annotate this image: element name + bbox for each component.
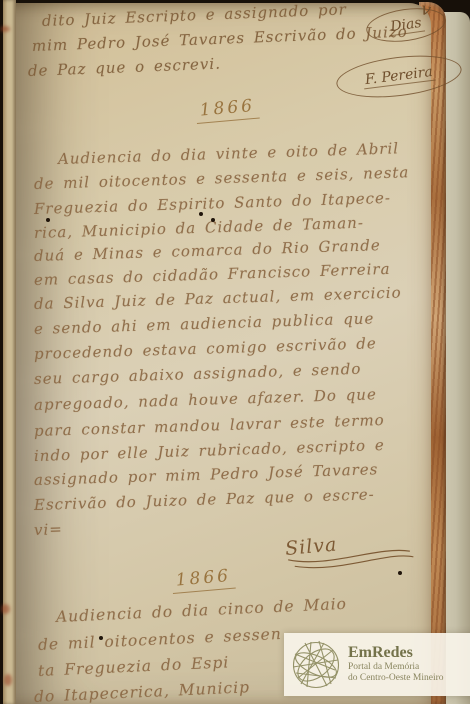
manuscript-line: apregoado, nada houve afazer. Do que	[34, 387, 377, 413]
manuscript-line: procedendo estava comigo escrivão de	[34, 336, 377, 362]
manuscript-line: duá e Minas e comarca do Rio Grande	[34, 238, 381, 264]
signature-name: Silva	[284, 534, 338, 560]
rubric-label: F. Pereira	[362, 64, 436, 90]
page-stain	[0, 26, 10, 32]
manuscript-line: de Paz que o escrevi.	[28, 57, 221, 79]
year-heading: 1866	[171, 566, 236, 594]
emredes-watermark: EmRedes Portal da Memória do Centro-Oest…	[284, 633, 470, 696]
year-heading: 1866	[195, 96, 260, 124]
ink-speck	[199, 212, 203, 216]
manuscript-line: assignado por mim Pedro José Tavares	[34, 462, 379, 488]
manuscript-line: Freguezia do Espirito Santo do Itapece-	[34, 191, 391, 217]
manuscript-line: vi=	[34, 522, 63, 538]
watermark-text: EmRedes Portal da Memória do Centro-Oest…	[348, 644, 444, 685]
manuscript-line: ta Freguezia do Espi	[38, 655, 230, 679]
ink-speck	[398, 571, 402, 575]
page-stain	[1, 604, 10, 614]
watermark-brand: EmRedes	[348, 644, 444, 662]
manuscript-line: Audiencia do dia vinte e oito de Abril	[58, 141, 400, 167]
manuscript-line: em casas do cidadão Francisco Ferreira	[34, 262, 391, 288]
manuscript-line: seu cargo abaixo assignado, e sendo	[34, 362, 362, 387]
manuscript-line: mim Pedro José Tavares Escrivão do Juizo	[32, 25, 408, 54]
handwritten-text-layer: dito Juiz Escripto e assignado por mim P…	[0, 0, 470, 704]
manuscript-line: e sendo ahi em audiencia publica que	[34, 311, 375, 337]
ink-speck	[46, 218, 50, 222]
rubric-signature-pereira: F. Pereira	[334, 49, 464, 103]
manuscript-line: para constar mandou lavrar este termo	[34, 413, 385, 439]
rubric-label: Dias	[387, 14, 424, 36]
page-stain	[4, 674, 12, 686]
manuscript-line: dito Juiz Escripto e assignado por	[42, 2, 347, 29]
manuscript-line: da Silva Juiz de Paz actual, em exercici…	[34, 285, 402, 312]
watermark-subtitle: Portal da Memória	[348, 662, 444, 674]
watermark-subtitle: do Centro-Oeste Mineiro	[348, 673, 444, 685]
ink-speck	[211, 218, 215, 222]
signature-silva: Silva	[284, 527, 417, 578]
manuscript-line: Escrivão do Juizo de Paz que o escre-	[34, 487, 375, 513]
manuscript-line: indo por elle Juiz rubricado, escripto e	[34, 438, 385, 464]
manuscript-line: de mil oitocentos e sessen	[38, 627, 282, 654]
ink-speck	[99, 636, 103, 640]
globe-lines-icon	[291, 640, 341, 690]
manuscript-line: de mil oitocentos e sessenta e seis, nes…	[34, 165, 410, 192]
manuscript-line: do Itapecerica, Municip	[34, 680, 251, 704]
manuscript-line: Audiencia do dia cinco de Maio	[56, 597, 348, 626]
manuscript-photo: dito Juiz Escripto e assignado por mim P…	[0, 0, 470, 704]
